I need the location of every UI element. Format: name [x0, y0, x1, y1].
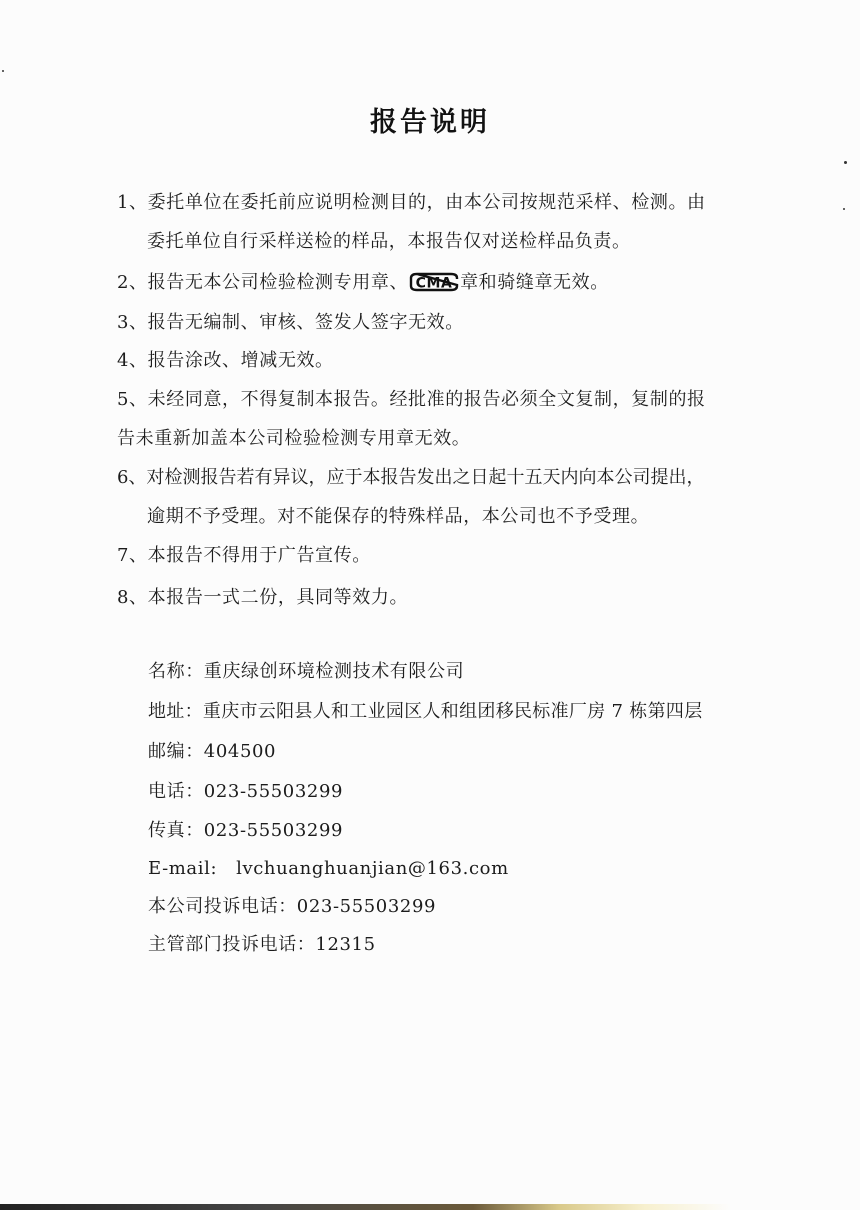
cma-certification-logo-icon: CMA [409, 272, 459, 292]
scanned-document-page: 报告说明 1、委托单位在委托前应说明检测目的，由本公司按规范采样、检测。由 委托… [0, 0, 860, 1210]
item-5-line-2: 告未重新加盖本公司检验检测专用章无效。 [117, 428, 470, 450]
item-2-line: 2、报告无本公司检验检测专用章、 CMA 章和骑缝章无效。 [117, 272, 609, 294]
company-address: 地址：重庆市云阳县人和工业园区人和组团移民标准厂房 7 栋第四层 [148, 701, 703, 723]
item-4-line: 4、报告涂改、增减无效。 [117, 350, 334, 372]
item-1-line-1: 1、委托单位在委托前应说明检测目的，由本公司按规范采样、检测。由 [117, 192, 706, 214]
svg-text:CMA: CMA [416, 276, 453, 292]
company-name: 名称：重庆绿创环境检测技术有限公司 [148, 661, 464, 683]
item-2-text-after: 章和骑缝章无效。 [460, 272, 609, 293]
item-6-line-1: 6、对检测报告若有异议，应于本报告发出之日起十五天内向本公司提出， [117, 467, 704, 489]
item-1-line-2: 委托单位自行采样送检的样品，本报告仅对送检样品负责。 [147, 231, 631, 253]
authority-complaint-phone: 主管部门投诉电话：12315 [148, 934, 376, 956]
postcode: 邮编：404500 [148, 741, 276, 763]
email: E-mail: lvchuanghuanjian@163.com [148, 858, 509, 880]
item-7-line: 7、本报告不得用于广告宣传。 [117, 545, 371, 567]
scan-speck [2, 70, 4, 72]
complaint-phone: 本公司投诉电话：023-55503299 [148, 896, 436, 918]
fax: 传真：023-55503299 [148, 820, 343, 842]
item-6-line-2: 逾期不予受理。对不能保存的特殊样品，本公司也不予受理。 [147, 506, 649, 528]
scan-speck [843, 208, 845, 210]
item-8-line: 8、本报告一式二份，具同等效力。 [117, 587, 408, 609]
item-2-text-before: 2、报告无本公司检验检测专用章、 [117, 272, 408, 293]
scan-speck [844, 161, 847, 164]
item-5-line-1: 5、未经同意，不得复制本报告。经批准的报告必须全文复制，复制的报 [117, 389, 706, 411]
page-title: 报告说明 [0, 100, 860, 139]
phone: 电话：023-55503299 [148, 781, 343, 803]
item-3-line: 3、报告无编制、审核、签发人签字无效。 [117, 312, 464, 334]
scan-bottom-edge [0, 1204, 860, 1210]
